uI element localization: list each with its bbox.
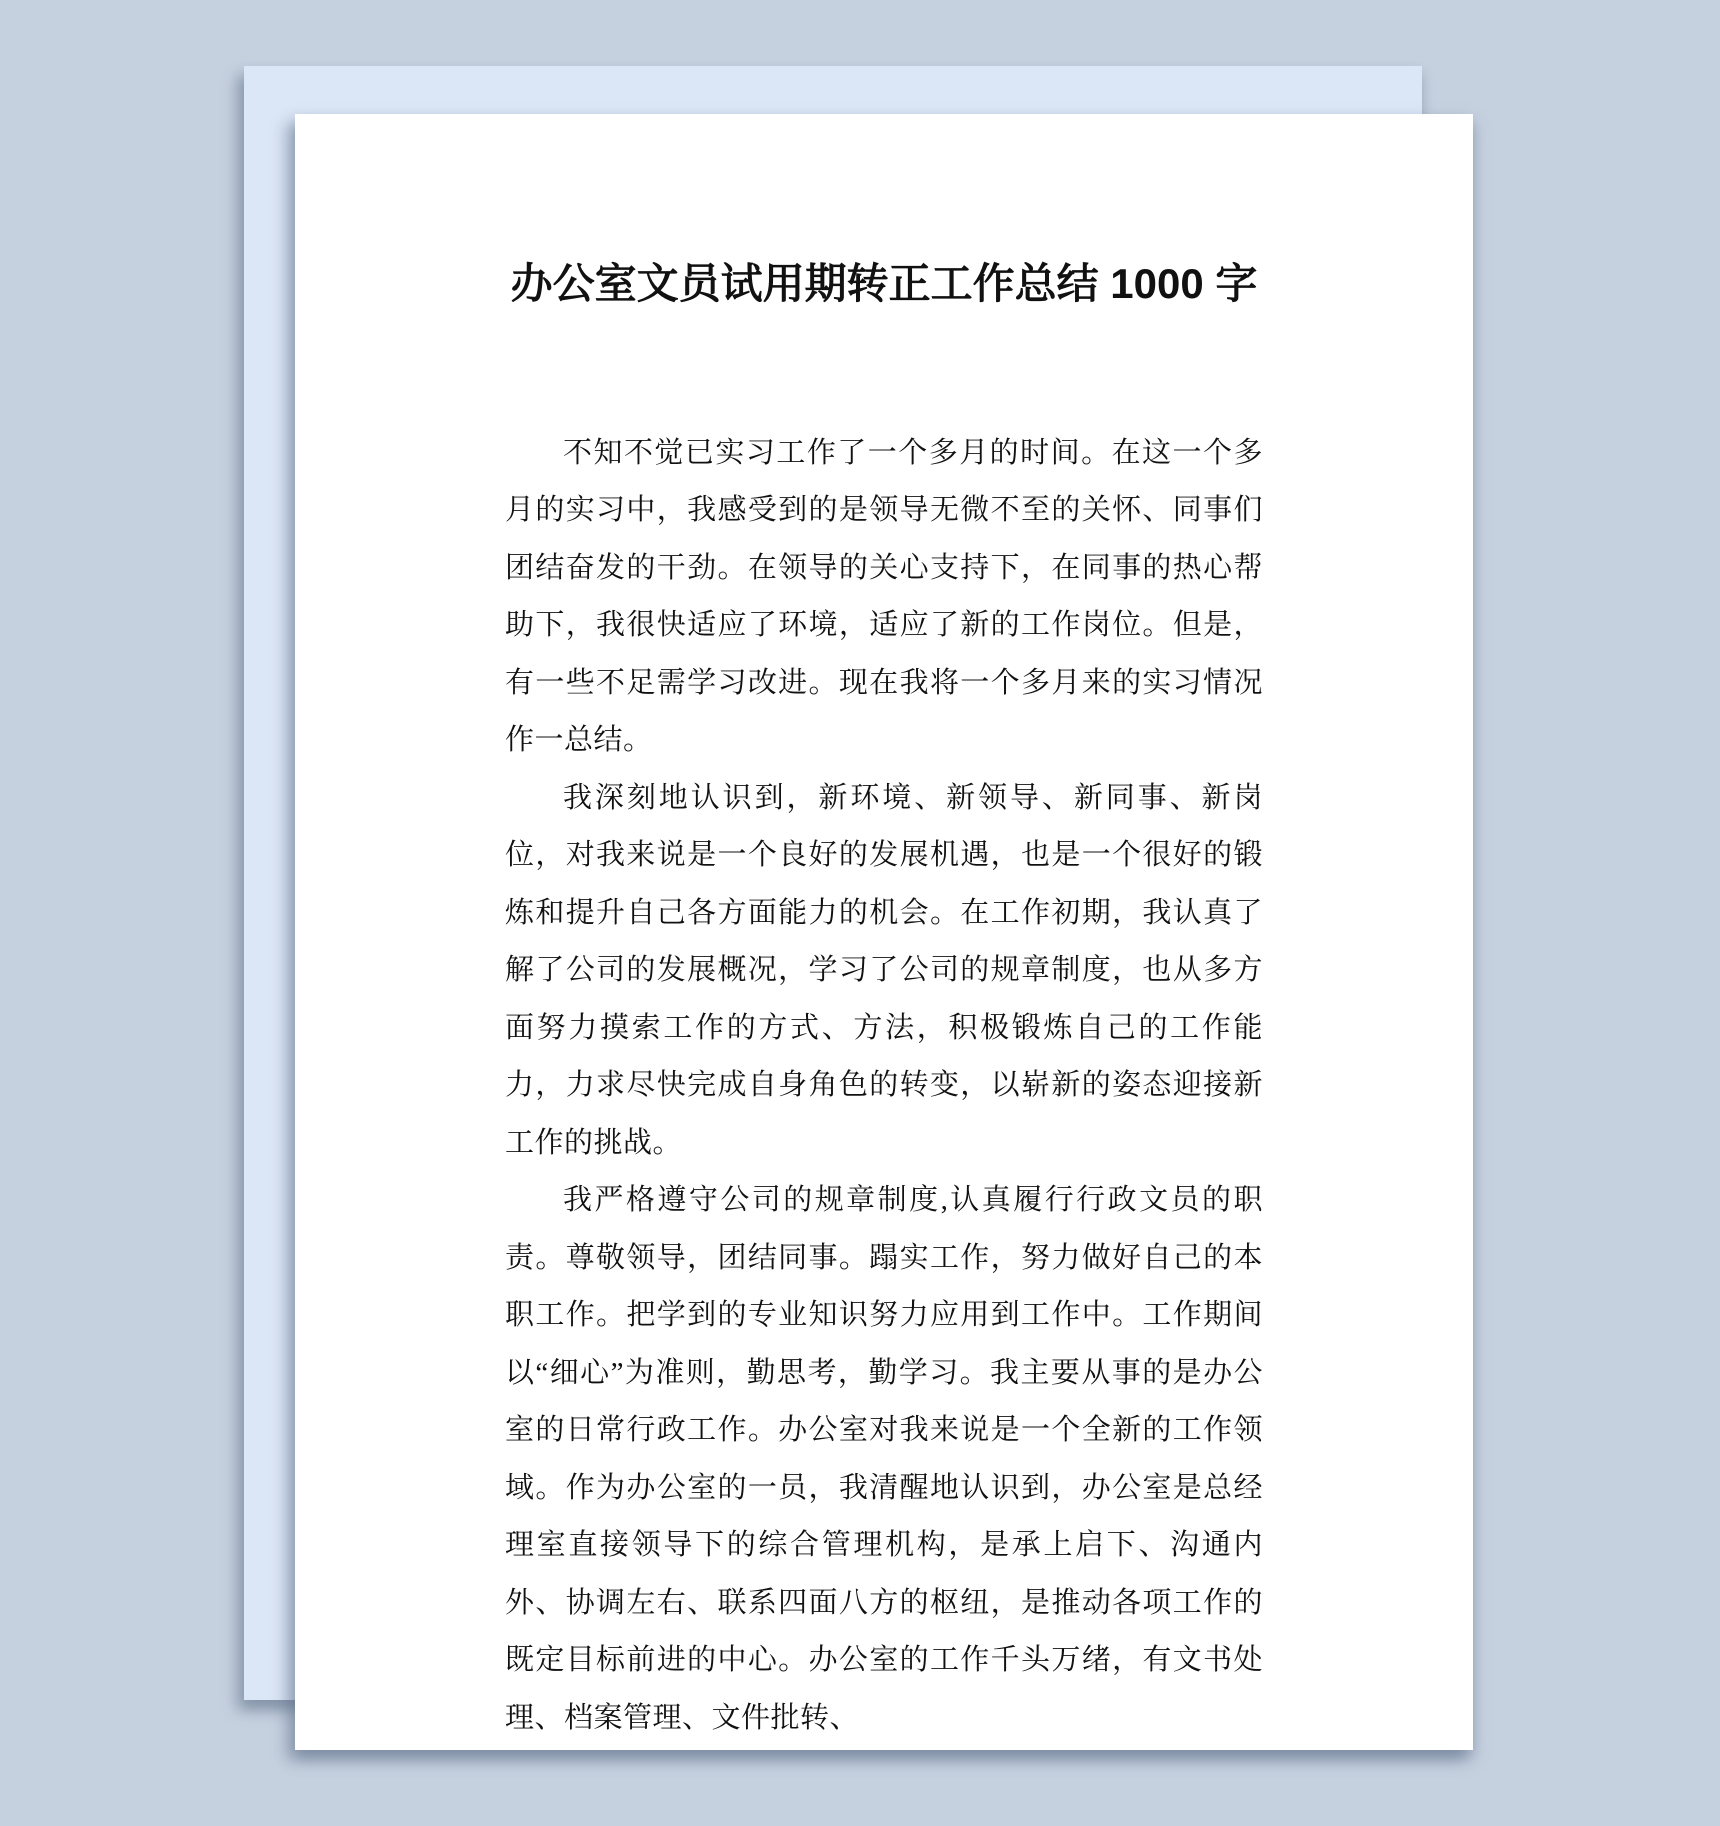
paragraph-2: 我深刻地认识到，新环境、新领导、新同事、新岗位，对我来说是一个良好的发展机遇，也…: [505, 770, 1263, 1173]
page-title: 办公室文员试用期转正工作总结 1000 字: [505, 254, 1263, 315]
paragraph-3: 我严格遵守公司的规章制度,认真履行行政文员的职责。尊敬领导，团结同事。蹋实工作，…: [505, 1172, 1263, 1747]
page-content: 办公室文员试用期转正工作总结 1000 字 不知不觉已实习工作了一个多月的时间。…: [295, 114, 1473, 1750]
document-viewer: { "document": { "title": "办公室文员试用期转正工作总结…: [0, 0, 1720, 1826]
document-page: 办公室文员试用期转正工作总结 1000 字 不知不觉已实习工作了一个多月的时间。…: [295, 114, 1473, 1750]
paragraph-1: 不知不觉已实习工作了一个多月的时间。在这一个多月的实习中，我感受到的是领导无微不…: [505, 425, 1263, 770]
